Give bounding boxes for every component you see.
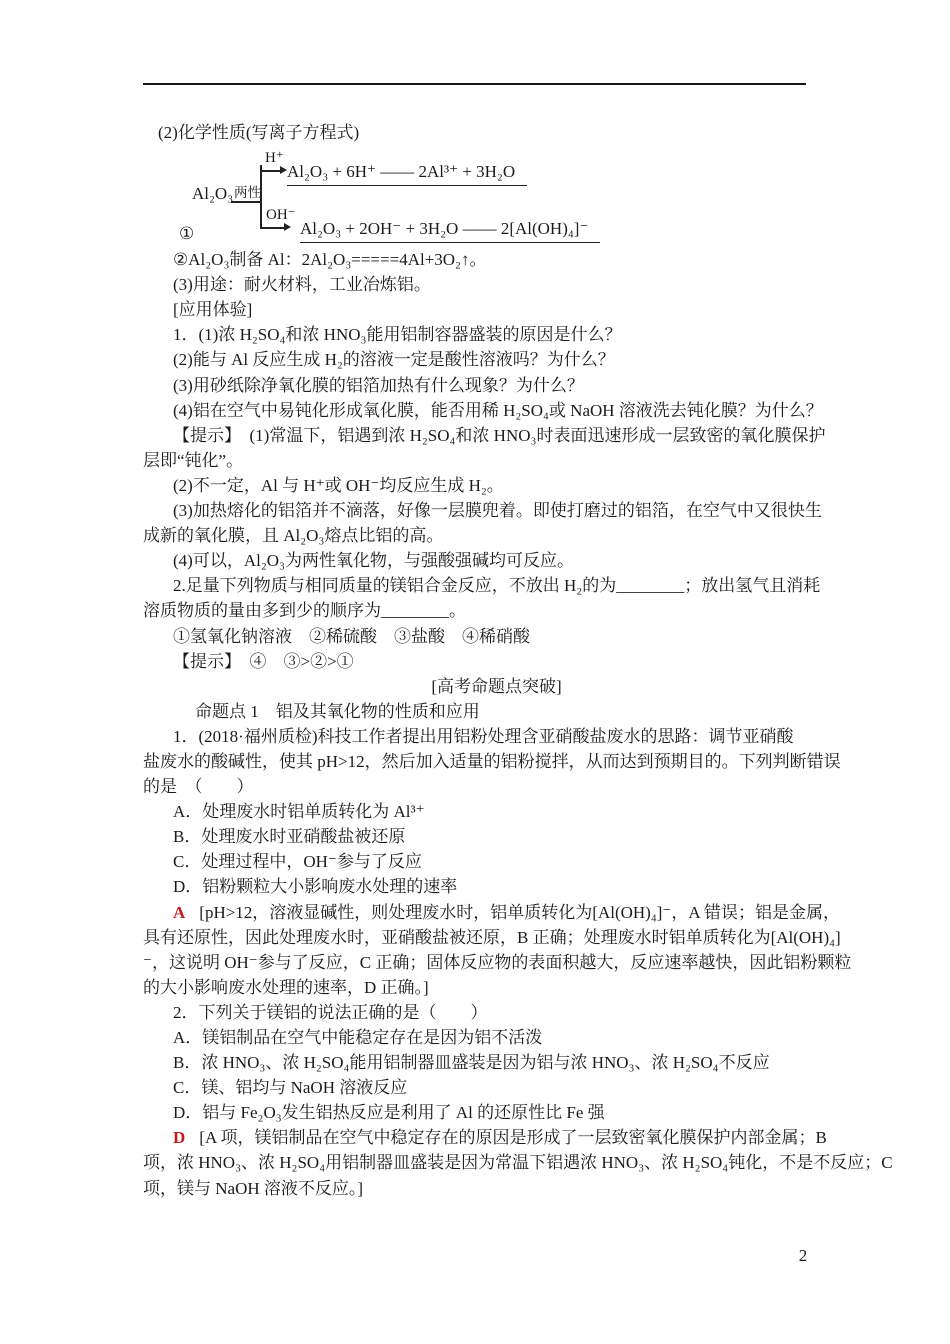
text-line: 1．(1)浓 H₂SO₄和浓 HNO₃能用铝制容器盛装的原因是什么？: [143, 322, 850, 347]
text-line: B．浓 HNO₃、浓 H₂SO₄能用铝制器皿盛装是因为铝与浓 HNO₃、浓 H₂…: [143, 1050, 850, 1075]
diagram-equation-acid: Al₂O₃ + 6H⁺ —— 2Al³⁺ + 3H₂O: [287, 161, 527, 186]
line-text: ①氢氧化钠溶液 ②稀硫酸 ③盐酸 ④稀硝酸: [173, 627, 530, 646]
text-line: ⁻，这说明 OH⁻参与了反应，C 正确；固体反应物的表面积越大，反应速率越快，因…: [143, 950, 850, 975]
line-text: (4)可以，Al₂O₃为两性氧化物，与强酸强碱均可反应。: [173, 551, 574, 570]
line-text: (3)加热熔化的铝箔并不滴落，好像一层膜兜着。即使打磨过的铝箔，在空气中又很快生: [173, 501, 822, 520]
line-text: (2)不一定，Al 与 H⁺或 OH⁻均反应生成 H₂。: [173, 476, 504, 495]
text-line: (3)加热熔化的铝箔并不滴落，好像一层膜兜着。即使打磨过的铝箔，在空气中又很快生: [143, 498, 850, 523]
text-line: (3)用途：耐火材料，工业冶炼铝。: [143, 272, 850, 297]
line-text: 具有还原性，因此处理废水时，亚硝酸盐被还原，B 正确；处理废水时铝单质转化为[A…: [143, 928, 841, 947]
text-line: 项，镁与 NaOH 溶液不反应。]: [143, 1176, 850, 1201]
line-text: [高考命题点突破]: [431, 677, 561, 696]
text-line: 1．(2018·福州质检)科技工作者提出用铝粉处理含亚硝酸盐废水的思路：调节亚硝…: [143, 724, 850, 749]
diagram-condition-base: OH⁻: [266, 206, 296, 224]
al2o3-amphoteric-diagram: Al₂O₃ 两性 H⁺ OH⁻ Al₂O₃ + 6H⁺ —— 2Al³⁺ + 3…: [143, 145, 850, 247]
text-line: 具有还原性，因此处理废水时，亚硝酸盐被还原，B 正确；处理废水时铝单质转化为[A…: [143, 925, 850, 950]
diagram-arrow-acid: [260, 170, 280, 172]
text-line: 的是 （ ）: [143, 774, 850, 799]
text-line: A．处理废水时铝单质转化为 Al³⁺: [143, 799, 850, 824]
text-line: ②Al₂O₃制备 Al：2Al₂O₃=====4Al+3O₂↑。: [143, 247, 850, 272]
arrowhead-icon: [284, 223, 291, 231]
section-heading-line: (2)化学性质(写离子方程式): [143, 120, 850, 145]
text-line: 命题点 1 铝及其氧化物的性质和应用: [143, 699, 850, 724]
text-line: (4)铝在空气中易钝化形成氧化膜，能否用稀 H₂SO₄或 NaOH 溶液洗去钝化…: [143, 398, 850, 423]
diagram-arrow-base: [260, 227, 284, 229]
line-text: [A 项，镁铝制品在空气中稳定存在的原因是形成了一层致密氧化膜保护内部金属；B: [199, 1128, 827, 1147]
line-text: ②Al₂O₃制备 Al：2Al₂O₃=====4Al+3O₂↑。: [173, 250, 486, 269]
line-text: B．浓 HNO₃、浓 H₂SO₄能用铝制器皿盛装是因为铝与浓 HNO₃、浓 H₂…: [173, 1053, 770, 1072]
diagram-condition-acid: H⁺: [265, 149, 284, 167]
text-line: A．镁铝制品在空气中能稳定存在是因为铝不活泼: [143, 1025, 850, 1050]
text-line: 2.足量下列物质与相同质量的镁铝合金反应，不放出 H₂的为________；放出…: [143, 573, 850, 598]
diagram-branch-label: 两性: [234, 186, 261, 200]
document-page: (2)化学性质(写离子方程式) Al₂O₃ 两性 H⁺ OH⁻ Al₂O₃ + …: [0, 0, 950, 1344]
line-text: 【提示】 ④ ③>②>①: [173, 652, 354, 671]
line-text: 【提示】 (1)常温下，铝遇到浓 H₂SO₄和浓 HNO₃时表面迅速形成一层致密…: [173, 426, 825, 445]
text-line: 溶质物质的量由多到少的顺序为________。: [143, 598, 850, 623]
answer-line: D[A 项，镁铝制品在空气中稳定存在的原因是形成了一层致密氧化膜保护内部金属；B: [143, 1125, 850, 1150]
line-text: A．处理废水时铝单质转化为 Al³⁺: [173, 802, 425, 821]
text-line: 层即“钝化”。: [143, 448, 850, 473]
text-line: [应用体验]: [143, 297, 850, 322]
text-line: (4)可以，Al₂O₃为两性氧化物，与强酸强碱均可反应。: [143, 548, 850, 573]
text-line: [高考命题点突破]: [143, 674, 850, 699]
diagram-connector-line: [231, 201, 260, 203]
line-text: B．处理废水时亚硝酸盐被还原: [173, 827, 405, 846]
line-text: 项，浓 HNO₃、浓 H₂SO₄用铝制器皿盛装是因为常温下铝遇浓 HNO₃、浓 …: [143, 1153, 893, 1172]
line-text: 项，镁与 NaOH 溶液不反应。]: [143, 1179, 363, 1198]
line-text: 层即“钝化”。: [143, 451, 243, 470]
document-content: (2)化学性质(写离子方程式) Al₂O₃ 两性 H⁺ OH⁻ Al₂O₃ + …: [143, 120, 850, 1201]
text-line: 【提示】 ④ ③>②>①: [143, 649, 850, 674]
line-text: 的是 （ ）: [143, 777, 254, 796]
answer-line: A[pH>12，溶液显碱性，则处理废水时，铝单质转化为[Al(OH)₄]⁻，A …: [143, 900, 850, 925]
text-line: 【提示】 (1)常温下，铝遇到浓 H₂SO₄和浓 HNO₃时表面迅速形成一层致密…: [143, 423, 850, 448]
text-line: C．镁、铝均与 NaOH 溶液反应: [143, 1075, 850, 1100]
line-text: (4)铝在空气中易钝化形成氧化膜，能否用稀 H₂SO₄或 NaOH 溶液洗去钝化…: [173, 401, 823, 420]
line-text: 1．(1)浓 H₂SO₄和浓 HNO₃能用铝制容器盛装的原因是什么？: [173, 325, 621, 344]
line-text: 盐废水的酸碱性，使其 pH>12，然后加入适量的铝粉搅拌，从而达到预期目的。下列…: [143, 752, 841, 771]
answer-marker: A: [173, 903, 185, 922]
text-line: (2)不一定，Al 与 H⁺或 OH⁻均反应生成 H₂。: [143, 473, 850, 498]
text-line: C．处理过程中，OH⁻参与了反应: [143, 849, 850, 874]
text-line: 成新的氧化膜，且 Al₂O₃熔点比铝的高。: [143, 523, 850, 548]
line-text: C．处理过程中，OH⁻参与了反应: [173, 852, 422, 871]
line-text: [应用体验]: [173, 300, 252, 319]
answer-marker: D: [173, 1128, 185, 1147]
text-line: 2．下列关于镁铝的说法正确的是（ ）: [143, 1000, 850, 1025]
text-line: 盐废水的酸碱性，使其 pH>12，然后加入适量的铝粉搅拌，从而达到预期目的。下列…: [143, 749, 850, 774]
line-text: D．铝与 Fe₂O₃发生铝热反应是利用了 Al 的还原性比 Fe 强: [173, 1103, 605, 1122]
line-text: C．镁、铝均与 NaOH 溶液反应: [173, 1078, 407, 1097]
line-text: (2)能与 Al 反应生成 H₂的溶液一定是酸性溶液吗？为什么？: [173, 350, 615, 369]
line-text: (3)用砂纸除净氧化膜的铝箔加热有什么现象？为什么？: [173, 376, 584, 395]
text-line: B．处理废水时亚硝酸盐被还原: [143, 824, 850, 849]
line-text: 溶质物质的量由多到少的顺序为________。: [143, 601, 466, 620]
text-line: (3)用砂纸除净氧化膜的铝箔加热有什么现象？为什么？: [143, 373, 850, 398]
diagram-item-number: ①: [179, 223, 194, 245]
line-text: 1．(2018·福州质检)科技工作者提出用铝粉处理含亚硝酸盐废水的思路：调节亚硝…: [173, 727, 793, 746]
text-line: ①氢氧化钠溶液 ②稀硫酸 ③盐酸 ④稀硝酸: [143, 624, 850, 649]
document-body: ②Al₂O₃制备 Al：2Al₂O₃=====4Al+3O₂↑。(3)用途：耐火…: [143, 247, 850, 1201]
header-rule: [143, 83, 806, 85]
line-text: [pH>12，溶液显碱性，则处理废水时，铝单质转化为[Al(OH)₄]⁻，A 错…: [199, 903, 840, 922]
line-text: 的大小影响废水处理的速率，D 正确。]: [143, 978, 429, 997]
line-text: D．铝粉颗粒大小影响废水处理的速率: [173, 877, 457, 896]
arrowhead-icon: [280, 166, 287, 174]
line-text: A．镁铝制品在空气中能稳定存在是因为铝不活泼: [173, 1028, 542, 1047]
text-line: D．铝粉颗粒大小影响废水处理的速率: [143, 874, 850, 899]
line-text: 2．下列关于镁铝的说法正确的是（ ）: [173, 1003, 488, 1022]
diagram-equation-base: Al₂O₃ + 2OH⁻ + 3H₂O —— 2[Al(OH)₄]⁻: [300, 218, 600, 243]
line-text: (3)用途：耐火材料，工业冶炼铝。: [173, 275, 431, 294]
text-line: 项，浓 HNO₃、浓 H₂SO₄用铝制器皿盛装是因为常温下铝遇浓 HNO₃、浓 …: [143, 1150, 850, 1175]
line-text: 2.足量下列物质与相同质量的镁铝合金反应，不放出 H₂的为________；放出…: [173, 576, 820, 595]
text-line: (2)能与 Al 反应生成 H₂的溶液一定是酸性溶液吗？为什么？: [143, 347, 850, 372]
diagram-root-formula: Al₂O₃: [192, 183, 233, 205]
diagram-bracket-line: [260, 165, 262, 228]
line-text: 命题点 1 铝及其氧化物的性质和应用: [195, 702, 480, 721]
text-line: D．铝与 Fe₂O₃发生铝热反应是利用了 Al 的还原性比 Fe 强: [143, 1100, 850, 1125]
line-text: ⁻，这说明 OH⁻参与了反应，C 正确；固体反应物的表面积越大，反应速率越快，因…: [143, 953, 851, 972]
page-number: 2: [788, 1243, 818, 1268]
line-text: 成新的氧化膜，且 Al₂O₃熔点比铝的高。: [143, 526, 443, 545]
text-line: 的大小影响废水处理的速率，D 正确。]: [143, 975, 850, 1000]
